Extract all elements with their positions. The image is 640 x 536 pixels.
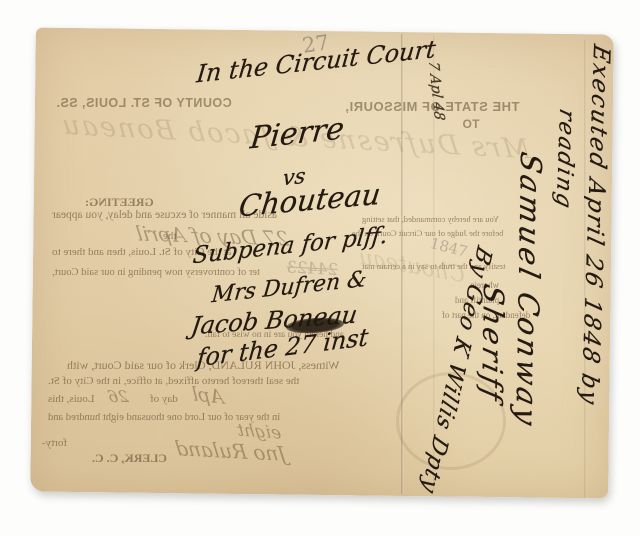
form-to-label: TO (462, 118, 479, 130)
bleed-clerk-signature: Jno Ruland (174, 438, 288, 464)
form-greeting: GREETING: (85, 196, 154, 208)
document-scan: 27 24423 1847 COUNTY OF ST. LOUIS, SS. T… (0, 0, 640, 536)
handwriting-executed-line2: reading (552, 107, 577, 212)
form-day-of: day of (150, 394, 178, 405)
form-louis-this: Louis, this (48, 394, 94, 405)
form-forty: forty- (42, 438, 67, 449)
form-testify-left: ter of controversy now pending in our sa… (52, 268, 260, 279)
bleed-day-number-script: 26 (107, 389, 130, 405)
bleed-month-script: Apl (191, 385, 224, 408)
handwriting-sheriff-name: Samuel Conway (511, 149, 545, 430)
form-seal-line: the seal thereof hereto affixed, at offi… (48, 376, 299, 387)
form-county-line: COUNTY OF ST. LOUIS, SS. (56, 97, 232, 110)
form-clerk-title: CLERK, C. C. (92, 452, 167, 464)
